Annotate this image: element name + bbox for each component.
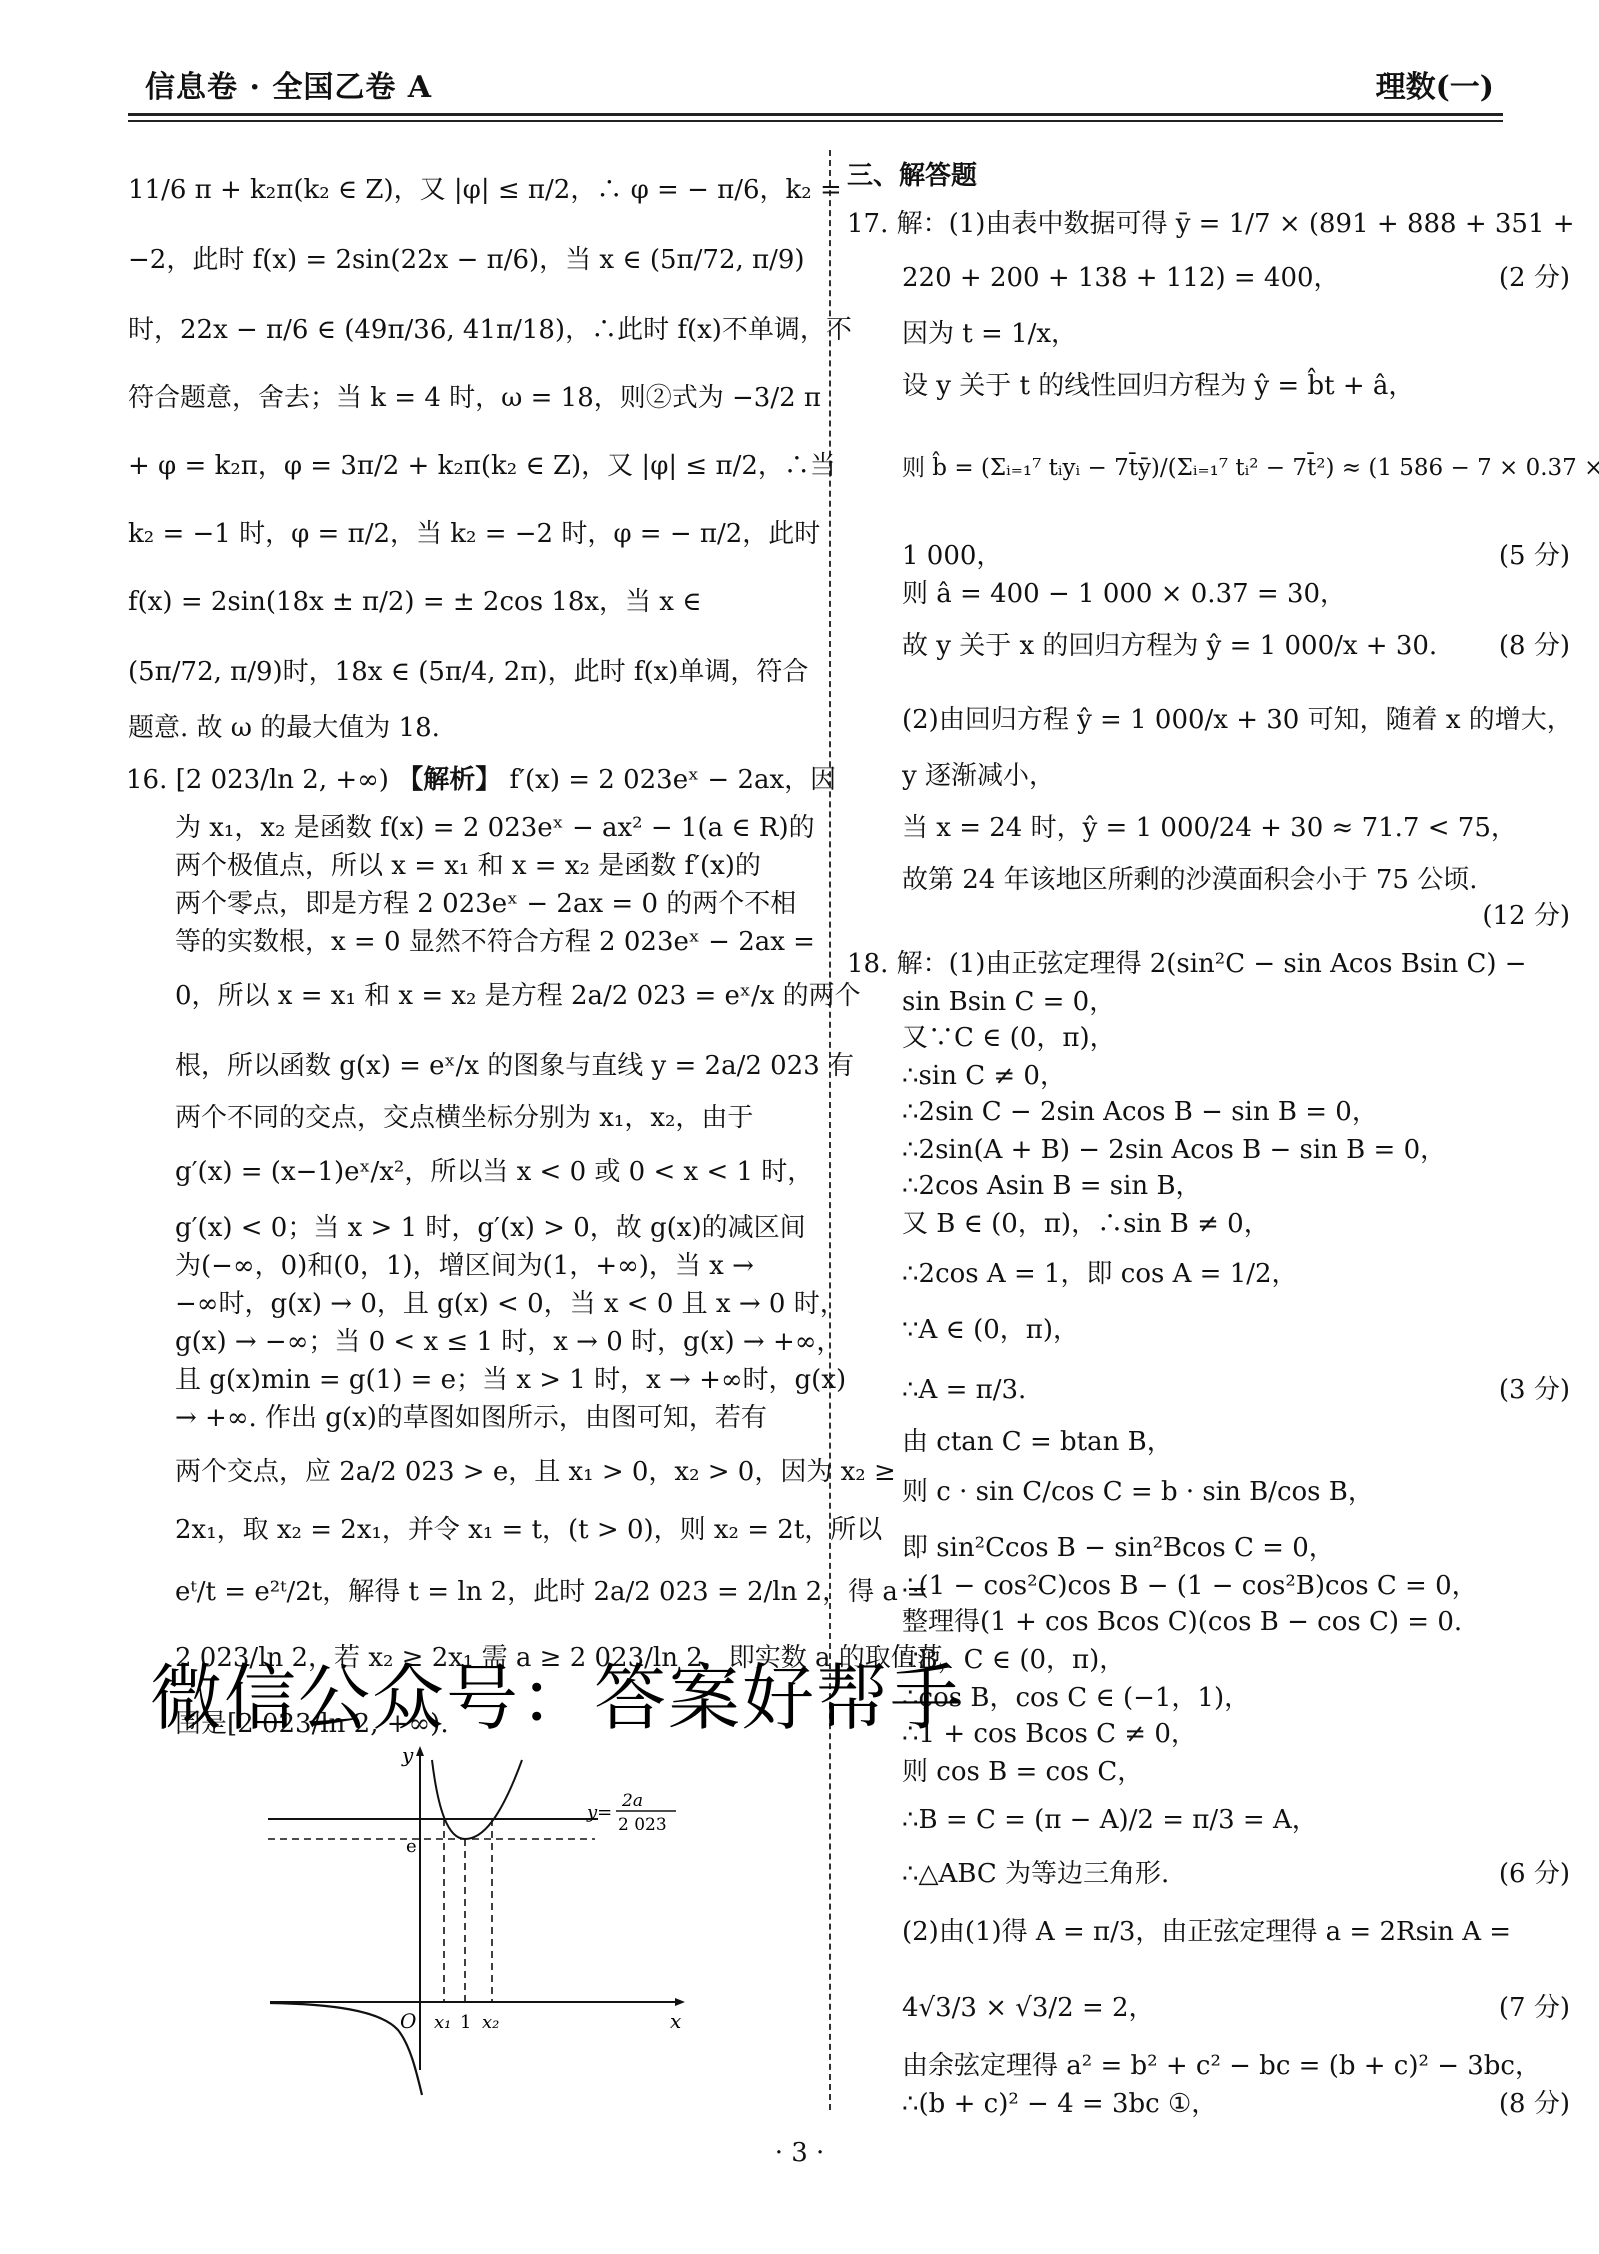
text-line: 等的实数根，x = 0 显然不符合方程 2 023eˣ − 2ax = (128, 924, 818, 960)
text-line: g(x) → −∞；当 0 < x ≤ 1 时，x → 0 时，g(x) → +… (128, 1324, 818, 1360)
page-number: · 3 · (0, 2138, 1599, 2168)
text-line: 则 cos B = cos C， (855, 1754, 1570, 1790)
text-line: ∴(b + c)² − 4 = 3bc ①， (902, 2089, 1217, 2119)
text-line: (5π/72, π/9)时，18x ∈ (5π/4, 2π)，此时 f(x)单调… (128, 654, 818, 690)
text-line: sin Bsin C = 0， (855, 984, 1570, 1020)
score-points: (8 分) (1499, 2086, 1570, 2122)
text-line: 题意. 故 ω 的最大值为 18. (128, 710, 818, 746)
text-line: ∴△ABC 为等边三角形. (902, 1859, 1169, 1889)
text-line: 11/6 π + k₂π(k₂ ∈ Z)，又 |φ| ≤ π/2，∴ φ = −… (128, 172, 818, 208)
x-axis-label: x (670, 2009, 681, 2033)
text-line: 两个极值点，所以 x = x₁ 和 x = x₂ 是函数 f′(x)的 (128, 848, 818, 884)
text-line: 2x₁，取 x₂ = 2x₁，并令 x₁ = t，(t > 0)，则 x₂ = … (128, 1512, 818, 1548)
text-line: 为 x₁，x₂ 是函数 f(x) = 2 023eˣ − ax² − 1(a ∈… (128, 810, 818, 846)
text-line: 两个零点，即是方程 2 023eˣ − 2ax = 0 的两个不相 (128, 886, 818, 922)
text-line: 两个不同的交点，交点横坐标分别为 x₁，x₂，由于 (128, 1100, 818, 1136)
y-axis-arrow-icon (416, 1746, 424, 1756)
text-line: ∴2sin(A + B) − 2sin Acos B − sin B = 0， (855, 1132, 1570, 1168)
text-line: g′(x) = (x−1)eˣ/x²，所以当 x < 0 或 0 < x < 1… (128, 1154, 818, 1190)
text-line: y 逐渐减小， (855, 758, 1570, 794)
text-line: 则 b̂ = (Σᵢ₌₁⁷ tᵢyᵢ − 7t̄ȳ)/(Σᵢ₌₁⁷ tᵢ² − … (855, 450, 1570, 486)
text-line: 设 y 关于 t 的线性回归方程为 ŷ = b̂t + â， (855, 368, 1570, 404)
line-label-prefix: y= (586, 1802, 612, 1823)
text-line: −∞时，g(x) → 0，且 g(x) < 0，当 x < 0 且 x → 0 … (128, 1286, 818, 1322)
text-line: → +∞. 作出 g(x)的草图如图所示，由图可知，若有 (128, 1400, 818, 1436)
text-line: ∴B = C = (π − A)/2 = π/3 = A， (855, 1802, 1570, 1838)
text-line: ∴2cos Asin B = sin B， (855, 1168, 1570, 1204)
text-line: 根，所以函数 g(x) = eˣ/x 的图象与直线 y = 2a/2 023 有 (128, 1048, 818, 1084)
text-line: 又 B ∈ (0，π)，∴sin B ≠ 0， (855, 1206, 1570, 1242)
text-line: ∴A = π/3. (902, 1375, 1026, 1405)
section-title: 三、解答题 (847, 158, 1570, 194)
text-line: 由 ctan C = btan B， (855, 1424, 1570, 1460)
text-line: ∴sin C ≠ 0， (855, 1058, 1570, 1094)
column-divider (829, 150, 831, 2110)
text-line: f(x) = 2sin(18x ± π/2) = ± 2cos 18x，当 x … (128, 584, 818, 620)
text-line: k₂ = −1 时，φ = π/2，当 k₂ = −2 时，φ = − π/2，… (128, 516, 818, 552)
text-line: ∵A ∈ (0，π)， (855, 1312, 1570, 1348)
text-line: eᵗ/t = e²ᵗ/2t，解得 t = ln 2，此时 2a/2 023 = … (128, 1574, 818, 1610)
text-line: 且 g(x)min = g(1) = e；当 x > 1 时，x → +∞时，g… (128, 1362, 818, 1398)
score-points: (6 分) (1499, 1856, 1570, 1892)
text-line: ∴2cos A = 1，即 cos A = 1/2， (855, 1256, 1570, 1292)
text-line: 17. 解：(1)由表中数据可得 ȳ = 1/7 × (891 + 888 + … (847, 209, 1575, 239)
text-line: 故第 24 年该地区所剩的沙漠面积会小于 75 公顷. (855, 862, 1570, 898)
x-axis-arrow-icon (675, 1998, 685, 2006)
text-line: 18. 解：(1)由正弦定理得 2(sin²C − sin Acos Bsin … (847, 946, 1570, 982)
function-graph-figure: y x O e x₁ 1 x₂ y= 2a 2 023 (250, 1740, 710, 2130)
score-points: (2 分) (1499, 260, 1570, 296)
score-points: (8 分) (1499, 628, 1570, 664)
text-line: (2)由回归方程 ŷ = 1 000/x + 30 可知，随着 x 的增大， (855, 702, 1570, 738)
text-line: 为(−∞，0)和(0，1)，增区间为(1，+∞)，当 x → (128, 1248, 818, 1284)
text-line: 当 x = 24 时，ŷ = 1 000/24 + 30 ≈ 71.7 < 75… (855, 810, 1570, 846)
text-line: 两个交点，应 2a/2 023 > e，且 x₁ > 0，x₂ > 0，因为 x… (128, 1454, 818, 1490)
text-line: 4√3/3 × √3/2 = 2， (902, 1993, 1155, 2023)
score-points: (12 分) (1482, 898, 1570, 934)
header-rule-top (128, 113, 1503, 116)
text-line: 故 y 关于 x 的回归方程为 ŷ = 1 000/x + 30. (902, 631, 1437, 661)
text-line: 符合题意，舍去；当 k = 4 时，ω = 18，则②式为 −3/2 π (128, 380, 818, 416)
text-line: 0，所以 x = x₁ 和 x = x₂ 是方程 2a/2 023 = eˣ/x… (128, 978, 818, 1014)
line-label-denominator: 2 023 (618, 1815, 667, 1835)
text-line: 即 sin²Ccos B − sin²Bcos C = 0， (855, 1530, 1570, 1566)
text-line: f′(x) = 2 023eˣ − 2ax，因 (510, 765, 837, 795)
text-line: 整理得(1 + cos Bcos C)(cos B − cos C) = 0. (855, 1604, 1570, 1640)
text-line: (2)由(1)得 A = π/3，由正弦定理得 a = 2Rsin A = (855, 1914, 1570, 1950)
text-line: −2，此时 f(x) = 2sin(22x − π/6)，当 x ∈ (5π/7… (128, 242, 818, 278)
score-points: (7 分) (1499, 1990, 1570, 2026)
curve-right-branch (432, 1760, 522, 1839)
origin-label: O (400, 2009, 416, 2033)
text-line: ∴(1 − cos²C)cos B − (1 − cos²B)cos C = 0… (855, 1568, 1570, 1604)
text-line: ∴2sin C − 2sin Acos B − sin B = 0， (855, 1094, 1570, 1130)
y-axis-label: y (401, 1743, 414, 1767)
header-left-title: 信息卷 · 全国乙卷 A (145, 62, 432, 106)
one-label: 1 (460, 2012, 471, 2033)
text-line: 则 c · sin C/cos C = b · sin B/cos B， (855, 1474, 1570, 1510)
text-line: 220 + 200 + 138 + 112) = 400， (902, 263, 1340, 293)
score-points: (3 分) (1499, 1372, 1570, 1408)
text-line: g′(x) < 0；当 x > 1 时，g′(x) > 0，故 g(x)的减区间 (128, 1210, 818, 1246)
question-answer: [2 023/ln 2, +∞) (176, 765, 389, 795)
header-right-title: 理数(一) (1376, 62, 1494, 106)
text-line: 时，22x − π/6 ∈ (49π/36, 41π/18)，∴此时 f(x)不… (128, 312, 818, 348)
page-header: 信息卷 · 全国乙卷 A 理数(一) (145, 62, 1494, 112)
e-label: e (406, 1836, 417, 1857)
header-rule-bottom (128, 120, 1503, 122)
text-line: 因为 t = 1/x， (855, 316, 1570, 352)
line-label-numerator: 2a (621, 1791, 643, 1811)
text-line: 由余弦定理得 a² = b² + c² − bc = (b + c)² − 3b… (855, 2048, 1570, 2084)
x1-label: x₁ (434, 2012, 451, 2033)
watermark-overlay: 微信公众号：答案好帮手 (150, 1640, 964, 1744)
text-line: 则 â = 400 − 1 000 × 0.37 = 30， (855, 576, 1570, 612)
text-line: 1 000， (902, 541, 1002, 571)
text-line: 又∵C ∈ (0，π)， (855, 1020, 1570, 1056)
question-number: 16. (126, 765, 167, 795)
score-points: (5 分) (1499, 538, 1570, 574)
analysis-label: 【解析】 (397, 765, 501, 795)
x2-label: x₂ (482, 2012, 499, 2033)
text-line: + φ = k₂π，φ = 3π/2 + k₂π(k₂ ∈ Z)，又 |φ| ≤… (128, 448, 818, 484)
